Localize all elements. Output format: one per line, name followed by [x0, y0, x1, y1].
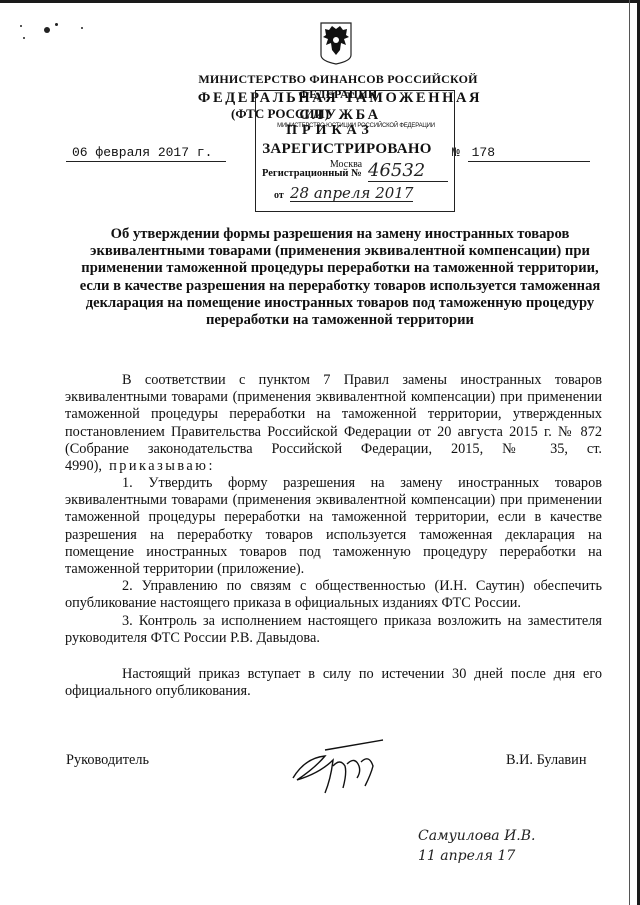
scan-speck: [23, 37, 25, 39]
signatory-role: Руководитель: [66, 752, 149, 769]
stamp-from-date: 28 апреля 2017: [290, 185, 413, 202]
order-item-1: 1. Утвердить форму разрешения на замену …: [65, 475, 602, 578]
preamble: В соответствии с пунктом 7 Правил замены…: [65, 372, 602, 475]
effective-text: Настоящий приказ вступает в силу по исте…: [65, 666, 602, 700]
scan-speck: [20, 25, 22, 27]
order-item-2: 2. Управлению по связям с общественность…: [65, 578, 602, 612]
scan-top-edge: [0, 0, 640, 3]
effective-clause: Настоящий приказ вступает в силу по исте…: [65, 666, 602, 700]
handwritten-note: Самуилова И.В. 11 апреля 17: [418, 826, 568, 866]
order-item-3: 3. Контроль за исполнением настоящего пр…: [65, 613, 602, 647]
stamp-ministry: МИНИСТЕРСТВО ЮСТИЦИИ РОССИЙСКОЙ ФЕДЕРАЦИ…: [260, 123, 452, 129]
stamp-reg-label: Регистрационный №: [262, 168, 362, 179]
signatory-name: В.И. Булавин: [506, 752, 587, 769]
registration-stamp: МИНИСТЕРСТВО ЮСТИЦИИ РОССИЙСКОЙ ФЕДЕРАЦИ…: [255, 90, 455, 212]
handwritten-note-date: 11 апреля 17: [418, 846, 568, 866]
stamp-from-label: от: [274, 190, 284, 201]
order-word: приказываю:: [109, 458, 215, 474]
coat-of-arms-icon: [318, 21, 354, 65]
order-items: 1. Утвердить форму разрешения на замену …: [65, 475, 602, 647]
stamp-status: ЗАРЕГИСТРИРОВАНО: [262, 141, 432, 158]
handwritten-signature-icon: [285, 738, 395, 798]
document-title: Об утверждении формы разрешения на замен…: [70, 226, 610, 329]
scan-speck: [81, 27, 83, 29]
stamp-reg-number: 46532: [368, 161, 448, 182]
scan-right-line: [629, 0, 630, 905]
order-number: № 178: [452, 145, 602, 162]
number-value: 178: [468, 145, 590, 162]
scan-speck: [44, 27, 50, 33]
scan-speck: [55, 23, 58, 26]
handwritten-note-name: Самуилова И.В.: [418, 826, 568, 846]
order-date: 06 февраля 2017 г.: [66, 145, 226, 162]
